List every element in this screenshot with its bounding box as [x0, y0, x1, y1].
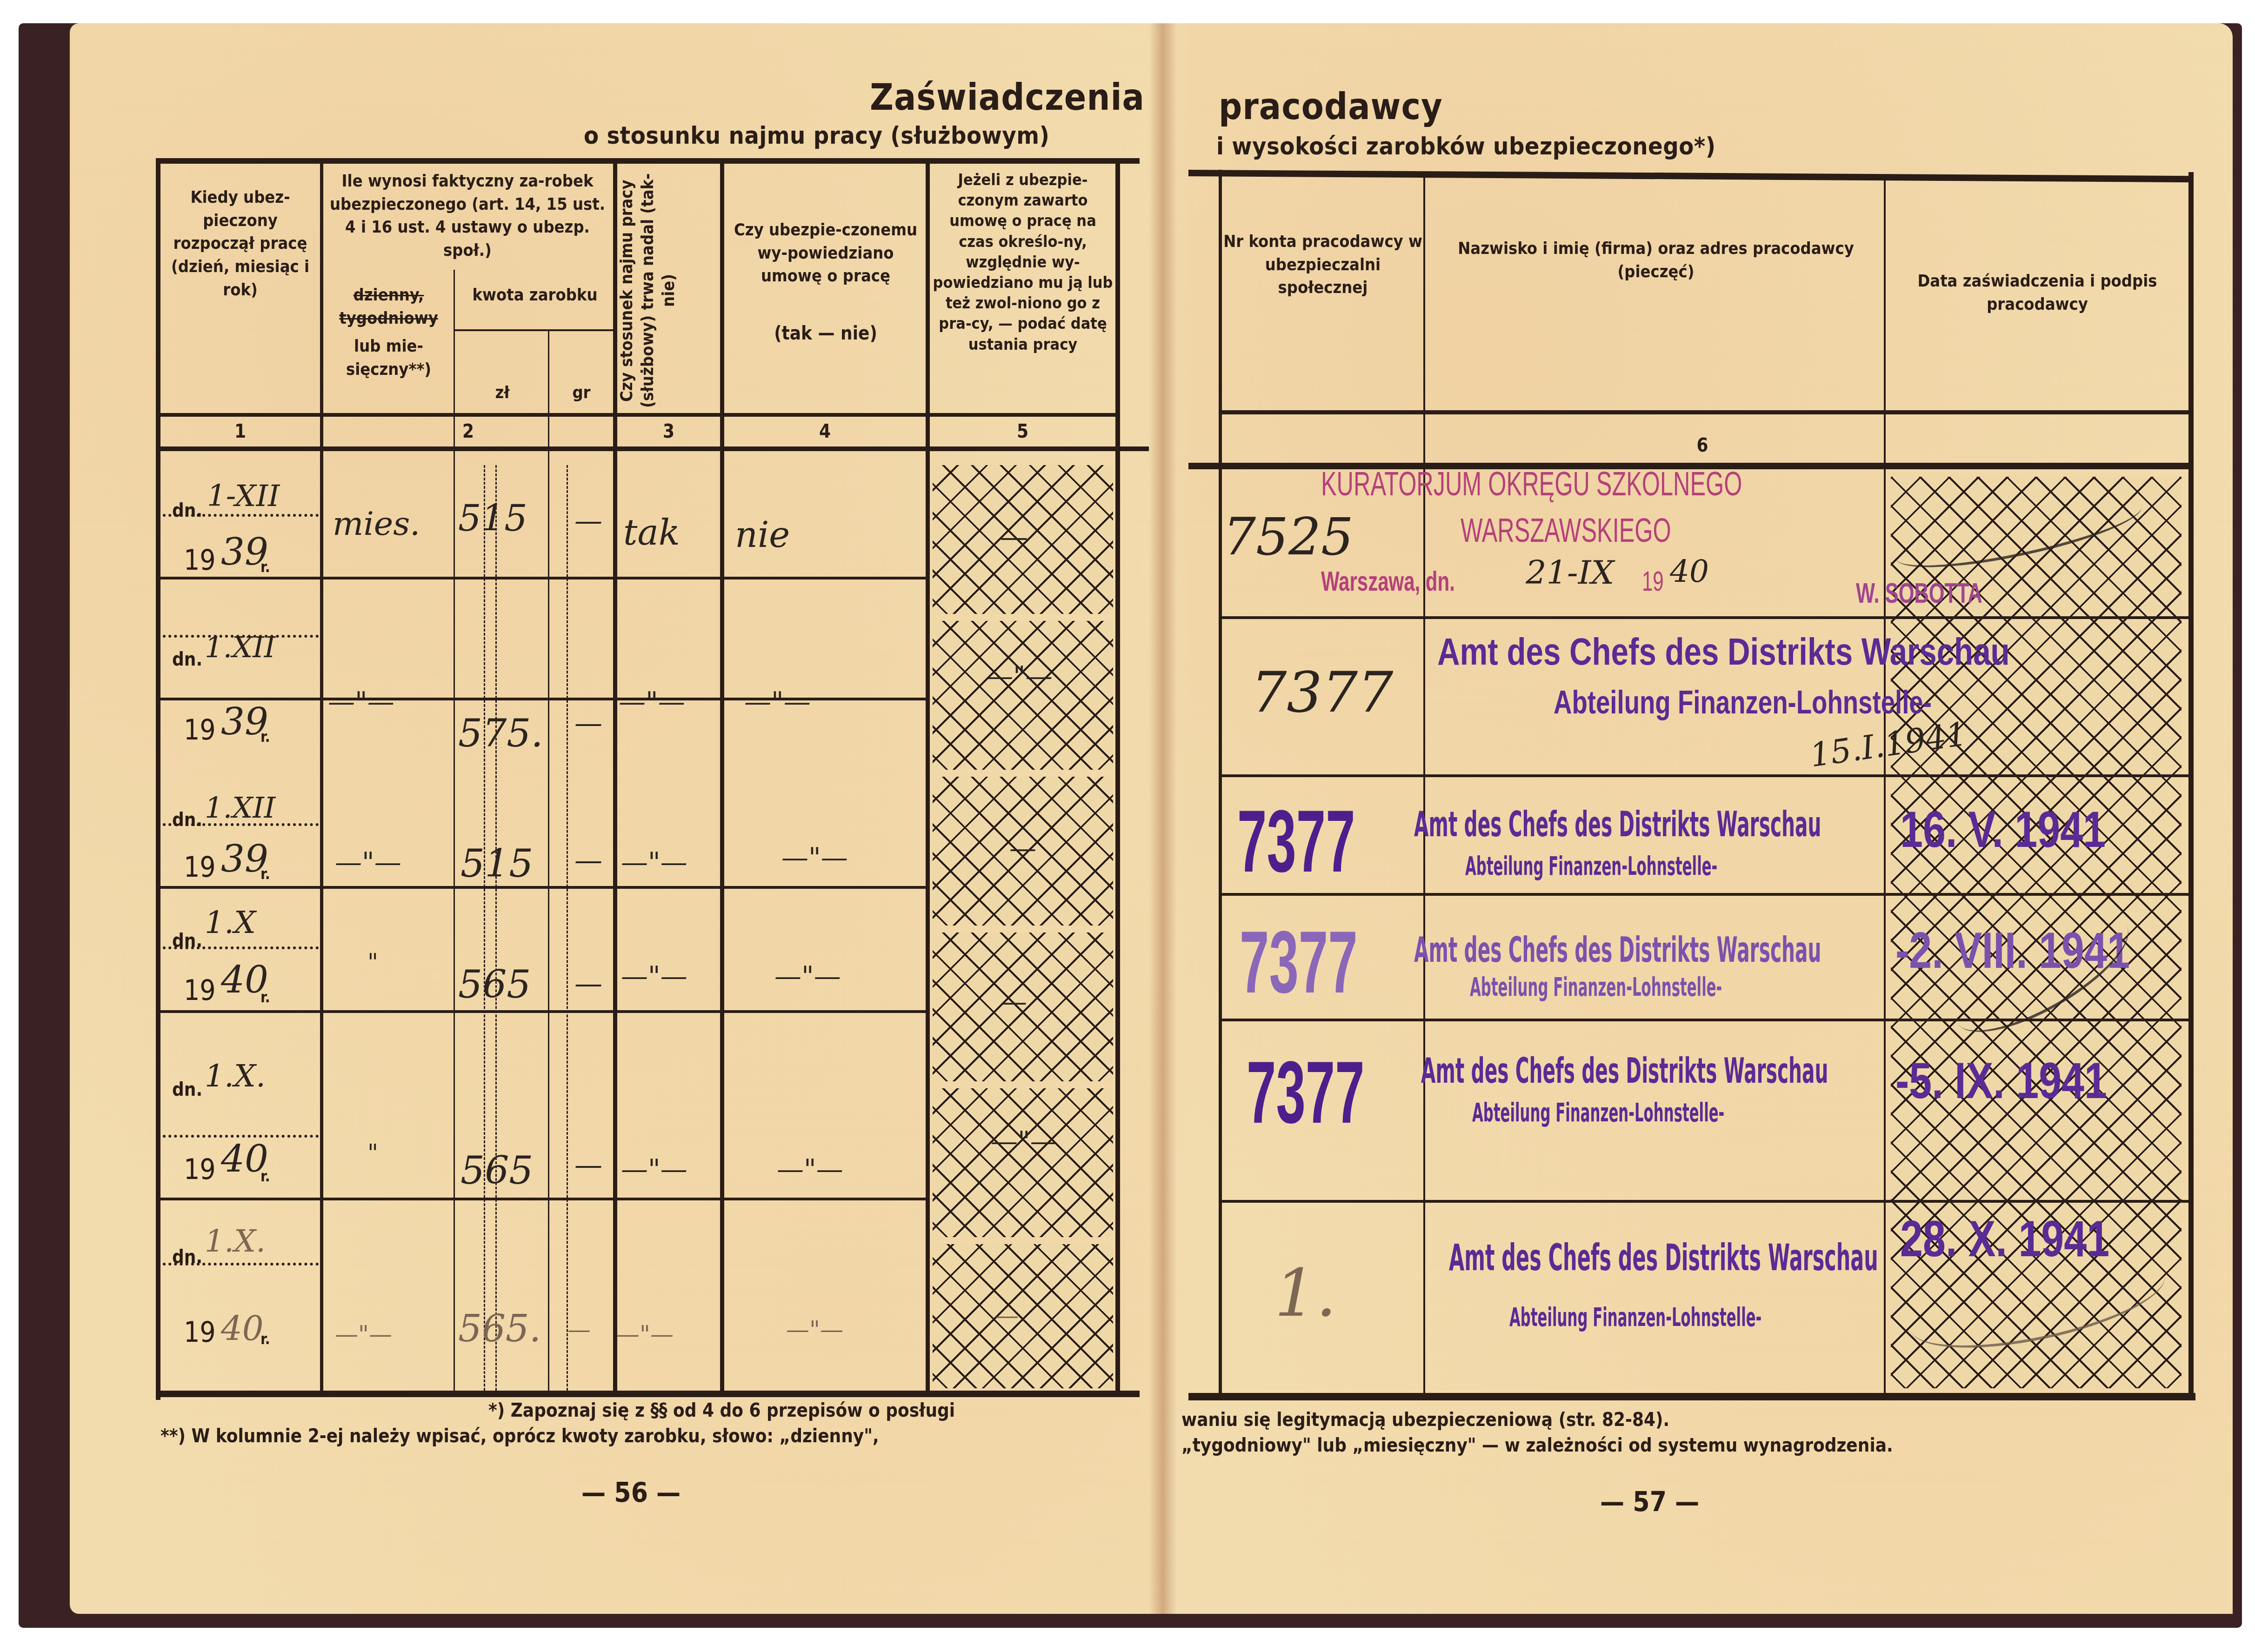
employer-stamp-line1: Amt des Chefs des Distrikts Warschau: [1414, 930, 1821, 970]
col-sep-account: [1423, 172, 1425, 1393]
employer-stamp-line2: Abteilung Finanzen-Lohnstelle-: [1554, 684, 1932, 721]
pay-period: —"—: [328, 686, 394, 718]
colnum-5: 5: [930, 421, 1115, 442]
notice-given: —"—: [786, 1316, 843, 1343]
pay-period: ": [367, 949, 378, 976]
year-prefix: 19: [184, 544, 216, 577]
employer-stamp-line1: Amt des Chefs des Distrikts Warschau: [1414, 805, 1821, 845]
col2-kwota-line: [455, 329, 613, 331]
dn-label: dn.: [172, 500, 202, 521]
end-date: —: [1000, 986, 1027, 1018]
col-sep-3: [720, 163, 724, 1395]
start-day-month: 1.XII: [205, 791, 275, 825]
employer-account: 7377: [1247, 1042, 1365, 1143]
notice-given: —"—: [781, 842, 848, 873]
employment-continues: —"—: [621, 846, 687, 878]
colnum-1: 1: [160, 421, 320, 442]
employer-stamp-line2: Abteilung Finanzen-Lohnstelle-: [1472, 1098, 1724, 1128]
date-dotted-line: [163, 514, 319, 517]
employment-continues: —"—: [616, 1321, 674, 1348]
employment-continues: —"—: [619, 686, 685, 718]
amount-zl: 575.: [458, 712, 543, 756]
dn-label: dn.: [172, 649, 202, 670]
amount-gr: —: [574, 844, 602, 877]
amount-gr: —: [574, 1149, 602, 1181]
row-sep-5: [1221, 1200, 2191, 1203]
row-sep-3: [160, 886, 928, 889]
colnum-bottom-line: [158, 446, 1149, 451]
employer-stamp-line1: Amt des Chefs des Distrikts Warschau: [1437, 630, 2010, 674]
table-bottom-border: [1188, 1393, 2195, 1400]
page-number-right: — 57 —: [1600, 1486, 1699, 1518]
amount-gr: —: [574, 707, 602, 739]
footnote-right-1: waniu się legitymacją ubezpieczeniową (s…: [1181, 1409, 1669, 1431]
employer-stamp-place: Warszawa, dn.: [1321, 565, 1455, 597]
employment-continues: tak: [623, 512, 680, 553]
currency-gr: gr: [558, 381, 605, 405]
end-date: —: [1000, 521, 1028, 553]
employer-account: 7377: [1240, 912, 1358, 1013]
start-day-month: 1.X.: [205, 1223, 266, 1259]
col3-header: Czy stosunek najmu pracy (służbowy) trwa…: [616, 172, 716, 409]
amount-zl: 515: [460, 842, 534, 886]
col1-header: Kiedy ubez-pieczony rozpoczął pracę (dzi…: [160, 186, 320, 301]
certificate-date: 16. V. 1941: [1900, 800, 2106, 859]
year-prefix: 19: [184, 1316, 216, 1349]
notice-given: —"—: [774, 960, 841, 992]
year-suffix: r.: [260, 988, 270, 1006]
gr-guide: [567, 465, 568, 1391]
col5-header: Jeżeli z ubezpie-czonym zawarto umowę o …: [932, 170, 1114, 355]
year-suffix: r.: [260, 1167, 270, 1185]
row-sep-3: [1221, 893, 2191, 896]
colnum-4: 4: [724, 421, 926, 442]
subtitle-left: o stosunku najmu pracy (służbowym): [584, 122, 1049, 150]
year-prefix: 19: [184, 974, 216, 1007]
start-day-month: 1.X.: [205, 1058, 266, 1094]
amount-gr: —: [567, 1316, 591, 1343]
year-prefix: 19: [184, 851, 216, 884]
pay-period: ": [367, 1139, 378, 1166]
title-right: pracodawcy: [1219, 86, 1443, 128]
employer-stamp-line2: Abteilung Finanzen-Lohnstelle-: [1470, 972, 1722, 1002]
header-bottom-line: [1221, 410, 2191, 414]
date-dotted-line: [163, 1263, 319, 1266]
row-sep-4: [1221, 1019, 2191, 1021]
employer-account: 7525: [1223, 507, 1354, 566]
certificate-date: -5. IX. 1941: [1895, 1051, 2107, 1110]
col-sep-date: [1884, 177, 1886, 1393]
col2-zl-gr-sep: [548, 330, 549, 1395]
employer-stamp-line1: Amt des Chefs des Distrikts Warschau: [1421, 1051, 1828, 1091]
employment-continues: —"—: [621, 1153, 687, 1185]
header-bottom-line: [158, 413, 1119, 417]
end-date: —: [1009, 833, 1036, 864]
footnote-left-2: **) W kolumnie 2-ej należy wpisać, opróc…: [160, 1426, 879, 1447]
amount-gr: —: [574, 967, 602, 1000]
dn-label: dn.: [172, 1079, 202, 1100]
year-suffix: r.: [260, 728, 270, 746]
table-left-border: [1219, 170, 1222, 1393]
row-sep-2: [1221, 774, 2191, 777]
table-bottom-border: [156, 1391, 1140, 1397]
notice-given: —"—: [744, 686, 811, 718]
date-signature-header: Data zaświadczenia i podpis pracodawcy: [1886, 270, 2188, 316]
colnum-6: 6: [1675, 435, 1730, 456]
employer-account: 1.: [1274, 1256, 1337, 1332]
colnum-3: 3: [617, 421, 720, 442]
date-dotted-line: [163, 635, 319, 638]
col-sep-1: [320, 163, 323, 1395]
stamp-year-hand: 40: [1670, 553, 1709, 589]
year-prefix: 19: [184, 714, 216, 746]
employer-account: 7377: [1237, 791, 1355, 892]
employer-stamp-line1: KURATORJUM OKRĘGU SZKOLNEGO: [1321, 465, 1742, 503]
table-left-border: [156, 158, 160, 1400]
year-suffix: r.: [260, 1330, 270, 1348]
employer-stamp-line2: Abteilung Finanzen-Lohnstelle-: [1465, 851, 1717, 881]
col2-amount-label: kwota zarobku: [460, 284, 609, 307]
col5-hatch-2: [933, 621, 1113, 770]
amount-gr: —: [574, 505, 602, 537]
year-prefix: 19: [184, 1153, 216, 1186]
account-header: Nr konta pracodawcy w ubezpieczalni społ…: [1223, 230, 1422, 300]
signature-name-stamp: W. SOBOTTA: [1856, 577, 1982, 610]
col5-hatch-5: [933, 1088, 1113, 1237]
end-date: —"—: [991, 1126, 1057, 1157]
employer-account: 7377: [1251, 660, 1393, 725]
start-day-month: 1-XII: [207, 479, 280, 513]
title-left: Zaświadczenia: [870, 77, 1145, 119]
notice-given: nie: [735, 514, 790, 555]
row-sep-1: [160, 577, 928, 580]
col5-hatch-6: [933, 1244, 1113, 1388]
col2-struck-period: dzienny, tygodniowy: [325, 284, 453, 330]
stamp-year-prefix: 19: [1642, 565, 1664, 597]
pay-period: —"—: [335, 846, 401, 878]
year-suffix: r.: [260, 865, 270, 883]
col2-header: Ile wynosi faktyczny za-robek ubezpieczo…: [326, 170, 609, 262]
row-sep-1: [1221, 616, 2191, 619]
pay-period: mies.: [333, 505, 420, 543]
row-sep-5: [160, 1198, 928, 1200]
footnote-right-2: „tygodniowy" lub „miesięczny" — w zależn…: [1181, 1435, 1893, 1456]
amount-zl: 515: [458, 498, 527, 540]
date-dotted-line: [163, 823, 319, 826]
row-sep-2: [160, 698, 928, 700]
stamp-date-hand: 21-IX: [1526, 553, 1614, 592]
col2-period-label: lub mie-sięczny**): [325, 335, 453, 381]
year-hand: 40: [221, 1309, 264, 1348]
date-dotted-line: [163, 946, 319, 949]
start-day-month: 1.X: [205, 905, 256, 940]
col-sep-5: [1115, 163, 1120, 1395]
pay-period: —"—: [335, 1321, 392, 1348]
table-right-border: [2188, 172, 2194, 1395]
dn-label: dn.: [172, 809, 202, 831]
amount-zl: 565: [460, 1149, 534, 1193]
zl-guide-2: [495, 465, 497, 1391]
footnote-left-1: *) Zapoznaj się z §§ od 4 do 6 przepisów…: [488, 1400, 955, 1421]
amount-zl: 565: [458, 963, 531, 1007]
col4-header-yes-no: (tak — nie): [728, 321, 923, 346]
subtitle-right: i wysokości zarobków ubezpieczonego*): [1216, 133, 1716, 160]
currency-zl: zł: [484, 381, 521, 405]
row-sep-4: [160, 1010, 928, 1013]
end-date: —: [995, 1302, 1019, 1329]
employer-stamp-line2: WARSZAWSKIEGO: [1461, 512, 1671, 550]
year-suffix: r.: [260, 558, 270, 576]
notice-given: —"—: [777, 1153, 843, 1185]
employment-continues: —"—: [621, 960, 687, 992]
table-top-border: [156, 158, 1140, 164]
book-gutter: [1149, 23, 1191, 1614]
zl-guide-1: [484, 465, 485, 1391]
col4-header: Czy ubezpie-czonemu wy-powiedziano umowę…: [728, 219, 923, 288]
employer-stamp-line2: Abteilung Finanzen-Lohnstelle-: [1509, 1302, 1761, 1332]
page-number-left: — 56 —: [581, 1477, 681, 1508]
col-sep-4: [926, 163, 930, 1395]
employer-stamp-line1: Amt des Chefs des Distrikts Warschau: [1449, 1237, 1878, 1279]
end-date: —"—: [986, 660, 1053, 692]
amount-zl: 565.: [458, 1307, 541, 1350]
colnum-2: 2: [323, 421, 613, 442]
employer-header: Nazwisko i imię (firma) oraz adres praco…: [1447, 237, 1865, 283]
